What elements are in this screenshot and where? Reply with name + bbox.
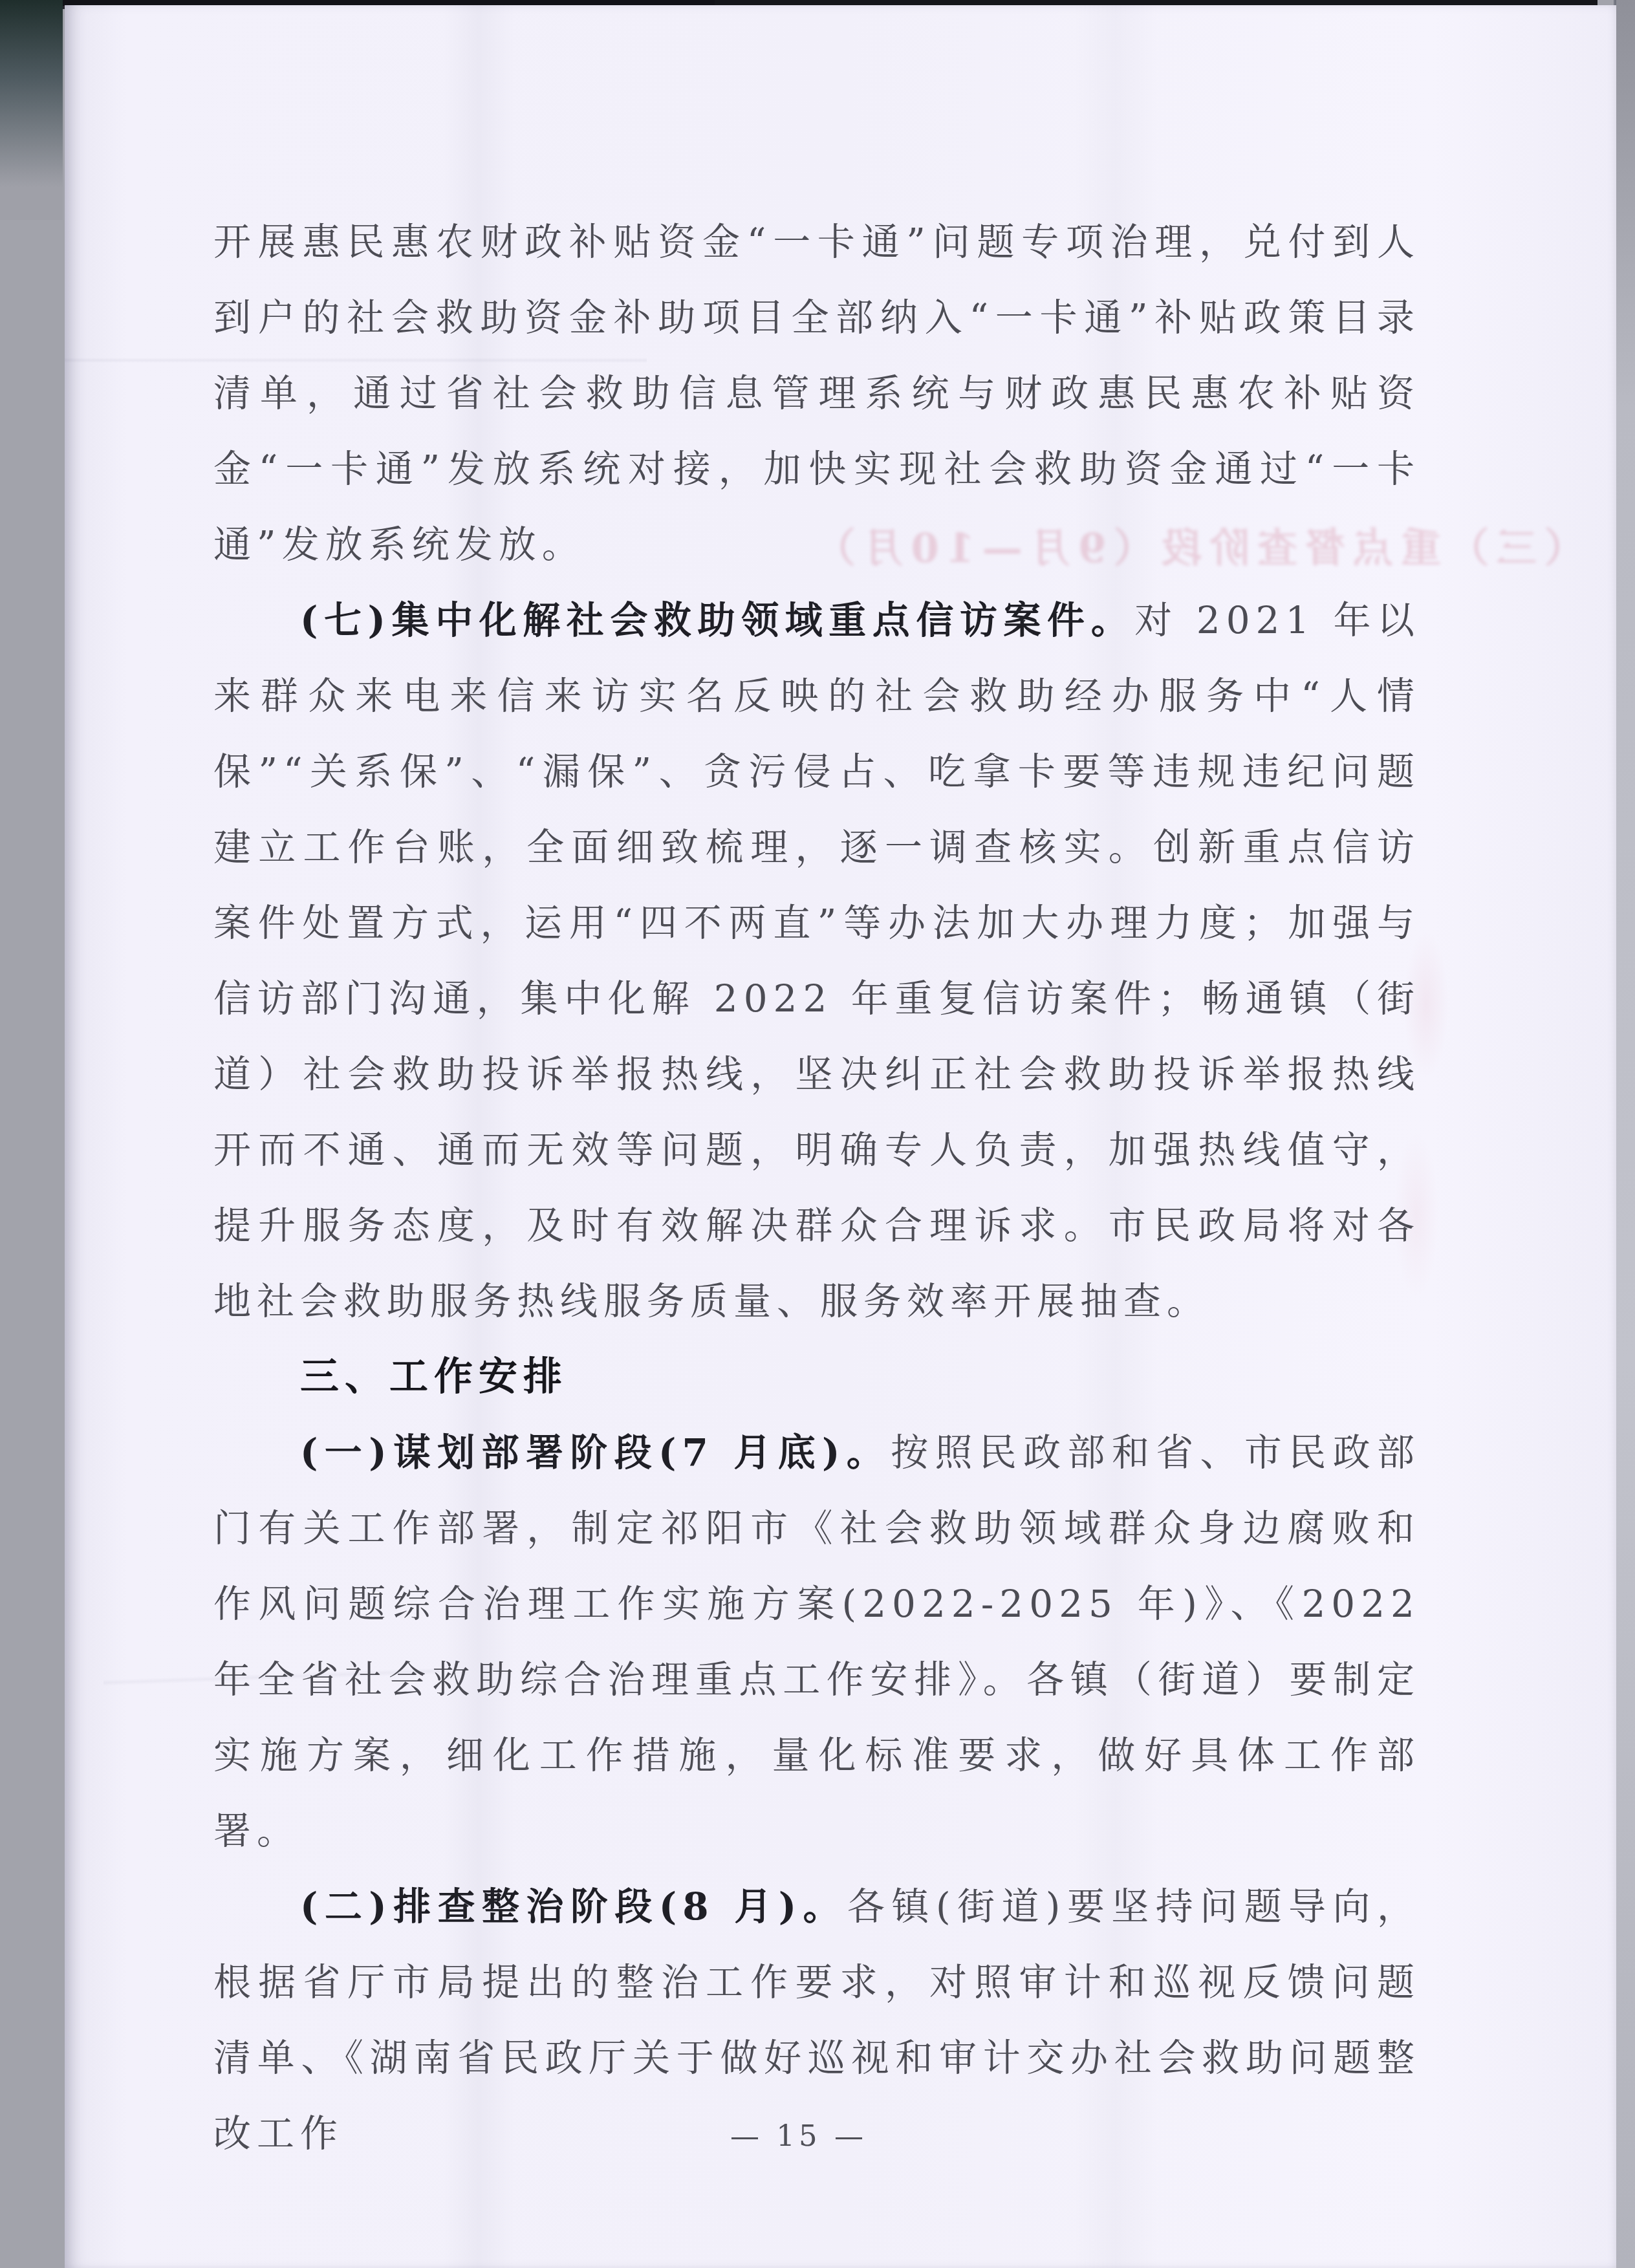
paragraph-body: 对 2021 年以来群众来电来信来访实名反映的社会救助经办服务中“人情保”“关系… — [213, 598, 1420, 1323]
footer-page-number: — 15 — — [213, 2119, 1384, 2153]
paragraph-lead-bold: (二)排查整治阶段(8 月)。 — [300, 1885, 847, 1928]
paragraph-lead-bold: (一)谋划部署阶段(7 月底)。 — [300, 1431, 891, 1474]
paragraph-item-7: (七)集中化解社会救助领域重点信访案件。对 2021 年以来群众来电来信来访实名… — [213, 583, 1420, 1339]
paragraph-phase-1: (一)谋划部署阶段(7 月底)。按照民政部和省、市民政部门有关工作部署，制定祁阳… — [213, 1415, 1420, 1869]
paragraph-body: 按照民政部和省、市民政部门有关工作部署，制定祁阳市《社会救助领域群众身边腐败和作… — [213, 1431, 1420, 1853]
paragraph-body: 开展惠民惠农财政补贴资金“一卡通”问题专项治理，兑付到人到户的社会救助资金补助项… — [213, 220, 1420, 567]
document-text-block: 开展惠民惠农财政补贴资金“一卡通”问题专项治理，兑付到人到户的社会救助资金补助项… — [213, 204, 1420, 2172]
paragraph-lead-bold: (七)集中化解社会救助领域重点信访案件。 — [300, 598, 1134, 642]
scanner-corner-shadow — [0, 0, 63, 220]
paragraph-continuation: 开展惠民惠农财政补贴资金“一卡通”问题专项治理，兑付到人到户的社会救助资金补助项… — [213, 204, 1420, 583]
section-heading-work-arrangement: 三、工作安排 — [213, 1339, 1420, 1415]
page-paper: （三）重点督查阶段（9月—10月） 开展惠民惠农财政补贴资金“一卡通”问题专项治… — [65, 5, 1616, 2268]
scanner-right-margin — [1615, 0, 1635, 2268]
